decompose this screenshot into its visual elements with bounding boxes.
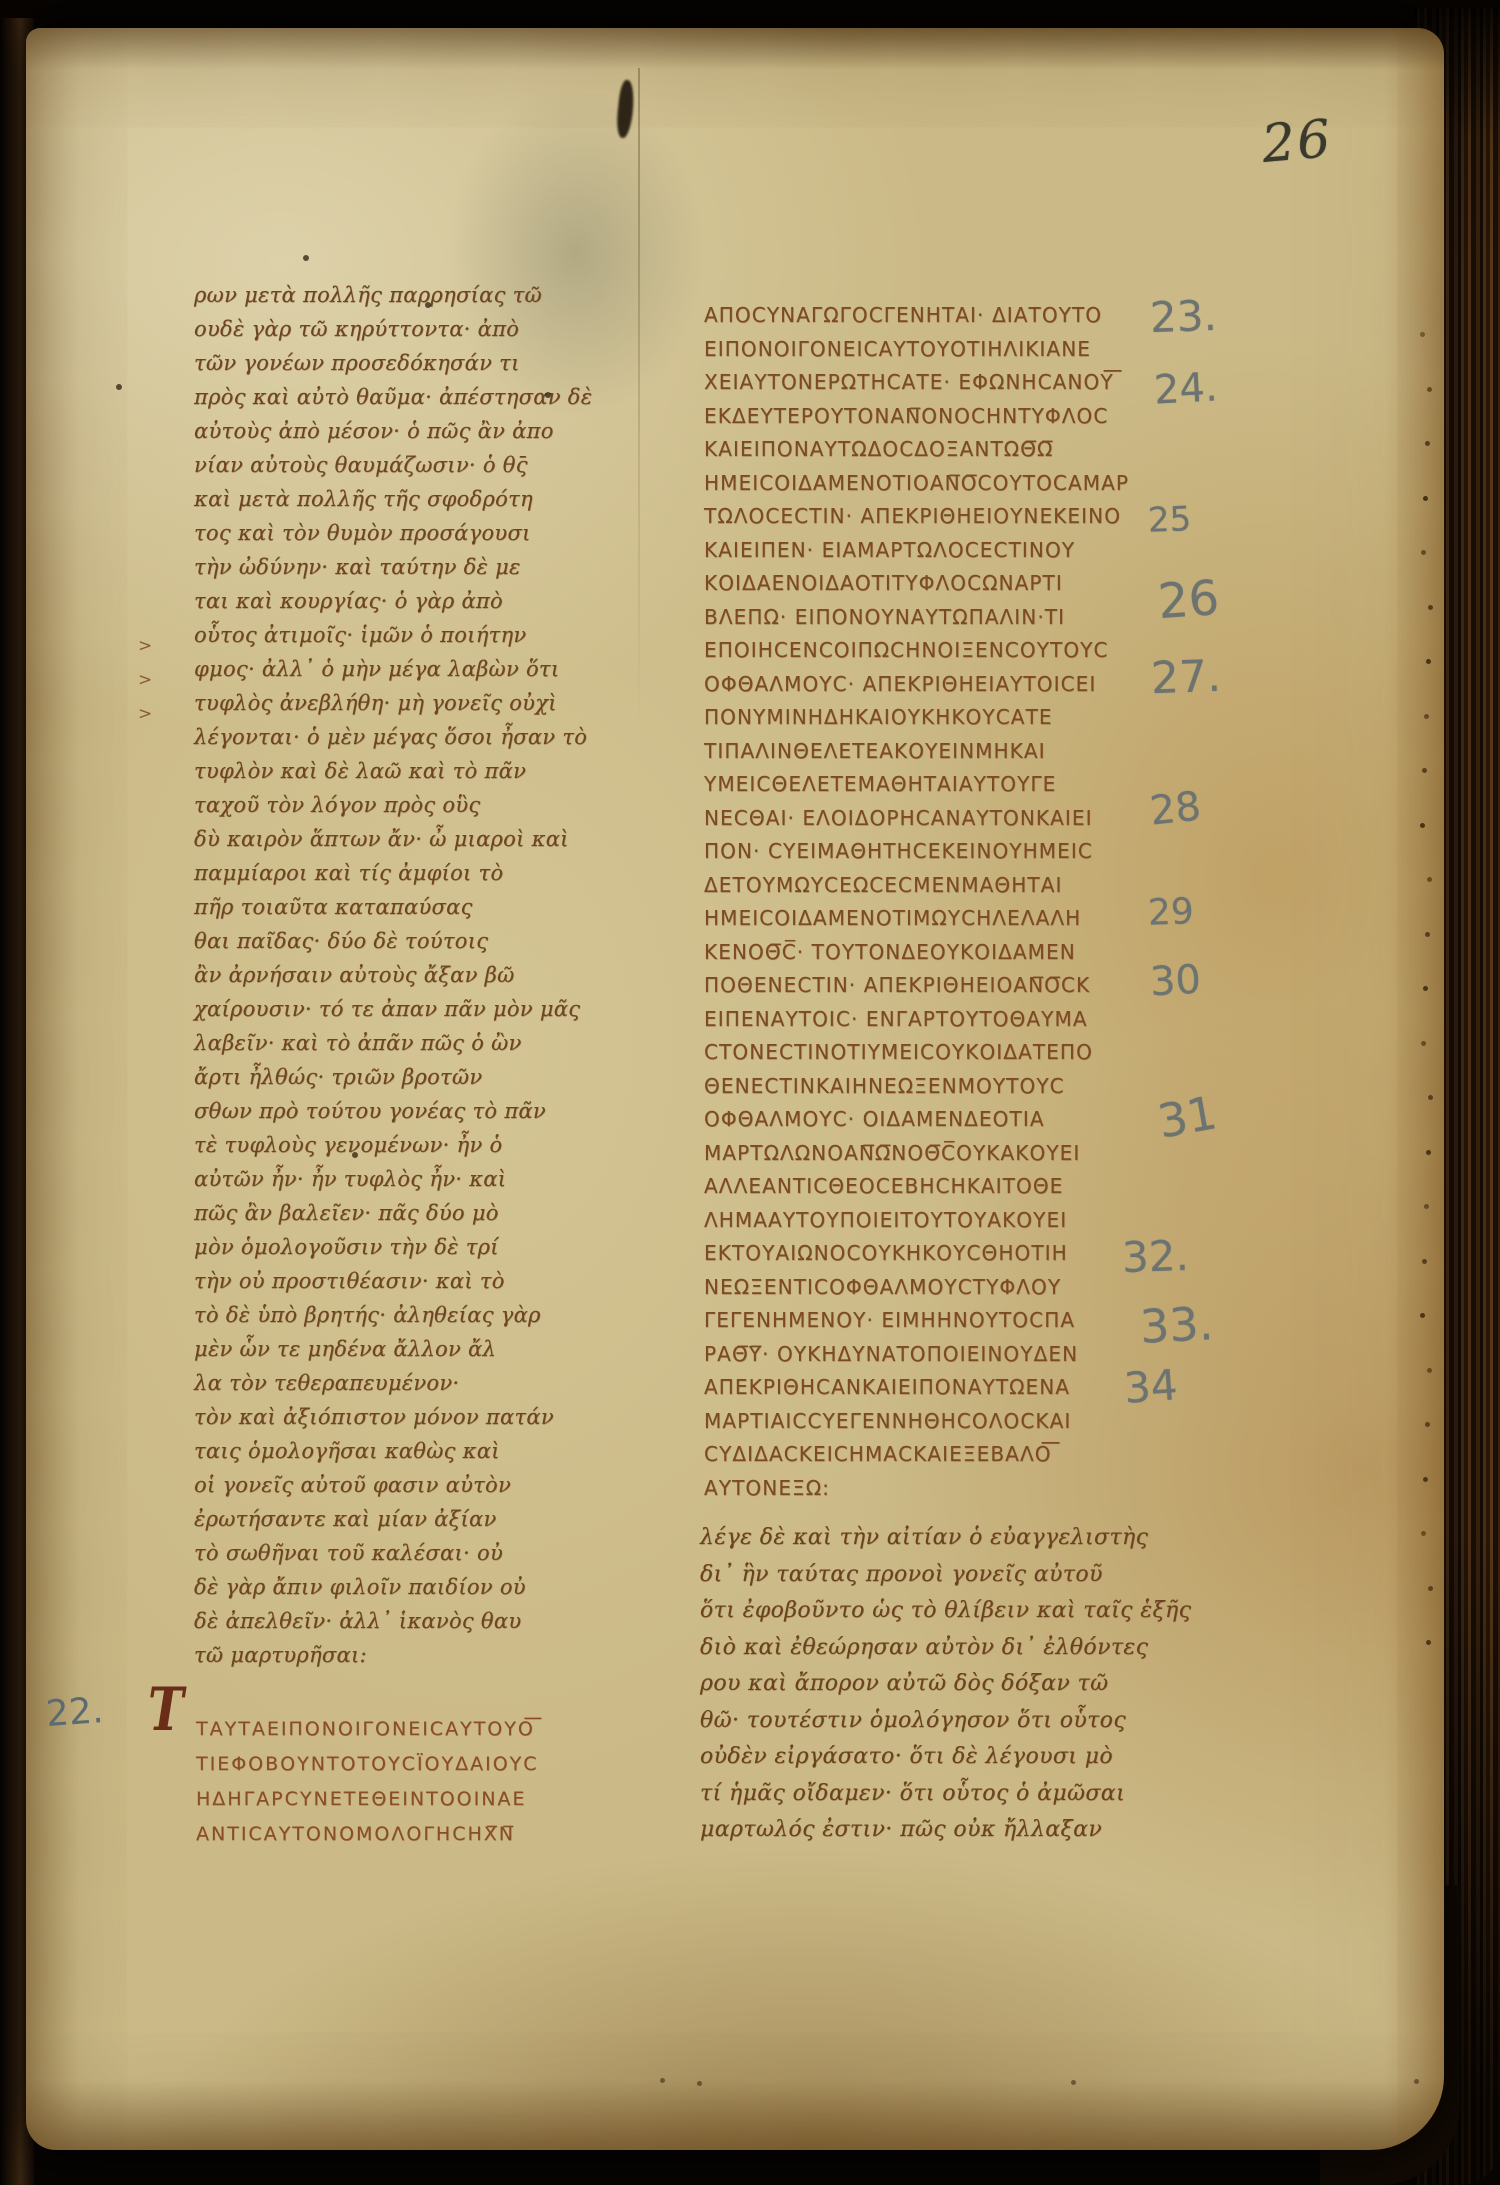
pricking-hole — [1426, 659, 1431, 664]
diple-mark: > — [138, 670, 152, 690]
text-line: τὸν καὶ ἀξιόπιστον μόνον πατάν — [194, 1400, 592, 1434]
text-line: ΤΩΛΟCΕCΤΙΝ· ΑΠΕΚΡΙΘΗΕΙΟΥΝΕΚΕΙΝΟ — [704, 500, 1129, 534]
text-line: ΔΕΤΟΥΜΩΥCΕΩCΕCΜΕΝΜΑΘΗΤΑΙ — [704, 869, 1129, 903]
text-line: ταχοῦ τὸν λόγον πρὸς οὓς — [194, 788, 592, 822]
text-line: μὸν ὁμολογοῦσιν τὴν δὲ τρί — [194, 1230, 592, 1264]
text-line: ται καὶ κουργίας· ὁ γὰρ ἀπὸ — [194, 584, 592, 618]
text-line: ἂν ἀρνήσαιν αὐτοὺς ἄξαν βῶ — [194, 958, 592, 992]
text-line: ΝΕCΘΑΙ· ΕΛΟΙΔΟΡΗCΑΝΑΥΤΟΝΚΑΙΕΙ — [704, 802, 1129, 836]
text-line: οὐδὲν εἰργάσατο· ὅτι δὲ λέγουσι μὸ — [700, 1739, 1191, 1776]
pricking-hole — [1421, 1531, 1426, 1536]
margin-verse-number: 32. — [1121, 1231, 1189, 1282]
pricking-hole — [1422, 768, 1427, 773]
text-line: ΚΕΝΟΘ̅C̅· ΤΟΥΤΟΝΔΕΟΥΚΟΙΔΑΜΕΝ — [704, 936, 1129, 970]
margin-verse-number-22: 22. — [45, 1690, 105, 1735]
text-line: δὲ γὰρ ἄπιν φιλοῖν παιδίον οὐ — [194, 1570, 592, 1604]
text-line: ΚΑΙΕΙΠΕΝ· ΕΙΑΜΑΡΤΩΛΟCΕCΤΙΝΟΥ — [704, 534, 1129, 568]
text-line: πρὸς καὶ αὐτὸ θαῦμα· ἀπέστησαν δὲ — [194, 380, 592, 414]
text-line: ΧΕΙΑΥΤΟΝΕΡΩΤΗCΑΤΕ· ΕΦΩΝΗCΑΝΟΥ͞ — [704, 366, 1129, 400]
text-line: χαίρουσιν· τό τε ἀπαν πᾶν μὸν μᾶς — [194, 992, 592, 1026]
text-line: ΑΝΤΙCΑΥΤΟΝΟΜΟΛΟΓΗCΗΧ̅Ν̅ — [196, 1817, 539, 1852]
text-line: αὐτοὺς ἀπὸ μέσον· ὁ πῶς ἂν ἀπο — [194, 414, 592, 448]
text-line: τυφλὸν καὶ δὲ λαῶ καὶ τὸ πᾶν — [194, 754, 592, 788]
pricking-hole — [1423, 986, 1428, 991]
pricking-hole — [1422, 1259, 1427, 1264]
pricking-hole — [1427, 1368, 1432, 1373]
margin-verse-number: 29 — [1147, 891, 1194, 934]
margin-verse-number: 28 — [1148, 783, 1203, 834]
text-line: ΗΔΗΓΑΡCΥΝΕΤΕΘΕΙΝΤΟΟΙΝΑΕ — [196, 1782, 539, 1817]
text-line: λέγονται· ὁ μὲν μέγας ὅσοι ἦσαν τὸ — [194, 720, 592, 754]
text-line: τῶ μαρτυρῆσαι: — [194, 1638, 592, 1672]
text-line: τὸ δὲ ὑπὸ βρητής· ἀληθείας γὰρ — [194, 1298, 592, 1332]
pricking-hole — [1421, 550, 1426, 555]
text-line: λαβεῖν· καὶ τὸ ἀπᾶν πῶς ὁ ὢν — [194, 1026, 592, 1060]
margin-verse-number: 23. — [1149, 291, 1217, 342]
text-line: πῆρ τοιαῦτα καταπαύσας — [194, 890, 592, 924]
text-line: ΕΠΟΙΗCΕΝCΟΙΠΩCΗΝΟΙΞΕΝCΟΥΤΟΥC — [704, 634, 1129, 668]
text-line: οὗτος ἀτιμοῖς· ἱμῶν ὁ ποιήτην — [194, 618, 592, 652]
text-line: ΚΟΙΔΑΕΝΟΙΔΑΟΤΙΤΥΦΛΟCΩΝΑΡΤΙ — [704, 567, 1129, 601]
pricking-hole — [1426, 1150, 1431, 1155]
pricking-hole — [1423, 496, 1428, 501]
text-line: ΕΙΠΟΝΟΙΓΟΝΕΙCΑΥΤΟΥΟΤΙΗΛΙΚΙΑΝΕ — [704, 333, 1129, 367]
text-line: ΗΜΕΙCΟΙΔΑΜΕΝΟΤΙΜΩΥCΗΛΕΛΑΛΗ — [704, 902, 1129, 936]
text-line: σθων πρὸ τούτου γονέας τὸ πᾶν — [194, 1094, 592, 1128]
text-line: ΒΛΕΠΩ· ΕΙΠΟΝΟΥΝΑΥΤΩΠΑΛΙΝ·ΤΙ — [704, 601, 1129, 635]
pricking-hole — [697, 2081, 702, 2086]
text-line: ρων μετὰ πολλῆς παρρησίας τῶ — [194, 278, 592, 312]
text-line: ΑΛΛΕΑΝΤΙCΘΕΟCΕΒΗCΗΚΑΙΤΟΘΕ — [704, 1170, 1129, 1204]
diple-mark: > — [138, 704, 152, 724]
text-line: CΥΔΙΔΑCΚΕΙCΗΜΑCΚΑΙΕΞΕΒΑΛΟ͞ — [704, 1438, 1129, 1472]
pricking-hole — [1428, 605, 1433, 610]
text-line: τὴν ὠδύνην· καὶ ταύτην δὲ με — [194, 550, 592, 584]
text-line: θῶ· τουτέστιν ὁμολόγησον ὅτι οὗτος — [700, 1703, 1191, 1740]
pricking-hole — [1425, 932, 1430, 937]
text-line: διὸ καὶ ἐθεώρησαν αὐτὸν δι᾽ ἐλθόντες — [700, 1630, 1191, 1667]
text-line: ΠΟΝ· CΥΕΙΜΑΘΗΤΗCΕΚΕΙΝΟΥΗΜΕΙC — [704, 835, 1129, 869]
text-line: ΓΕΓΕΝΗΜΕΝΟΥ· ΕΙΜΗΗΝΟΥΤΟCΠΑ — [704, 1304, 1129, 1338]
ink-speck — [425, 302, 431, 308]
manuscript-photo: 26 22. T ρων μετὰ πολλῆς παρρησίας τῶουδ… — [0, 0, 1500, 2185]
ink-speck — [352, 1152, 358, 1158]
right-column-gospel-text: ΑΠΟCΥΝΑΓΩΓΟCΓΕΝΗΤΑΙ· ΔΙΑΤΟΥΤΟΕΙΠΟΝΟΙΓΟΝΕ… — [704, 299, 1129, 1505]
text-line: καὶ μετὰ πολλῆς τῆς σφοδρότη — [194, 482, 592, 516]
text-line: νίαν αὐτοὺς θαυμάζωσιν· ὁ θς̄ — [194, 448, 592, 482]
text-line: αὐτῶν ἦν· ἦν τυφλὸς ἦν· καὶ — [194, 1162, 592, 1196]
text-line: ΜΑΡΤΩΛΩΝΟΑΝ̅Ω̅ΝΟΘ̅C̅ΟΥΚΑΚΟΥΕΙ — [704, 1137, 1129, 1171]
text-line: λέγε δὲ καὶ τὴν αἰτίαν ὁ εὐαγγελιστὴς — [700, 1520, 1191, 1557]
pricking-hole — [1423, 1477, 1428, 1482]
left-column-gospel-text: ΤΑΥΤΑΕΙΠΟΝΟΙΓΟΝΕΙCΑΥΤΟΥΟ͞ΤΙΕΦΟΒΟΥΝΤΟΤΟΥC… — [196, 1712, 539, 1852]
margin-verse-number: 26 — [1156, 570, 1221, 630]
text-line: CΤΟΝΕCΤΙΝΟΤΙΥΜΕΙCΟΥΚΟΙΔΑΤΕΠΟ — [704, 1036, 1129, 1070]
text-line: ἐρωτήσαντε καὶ μίαν ἀξίαν — [194, 1502, 592, 1536]
text-line: τὸ σωθῆναι τοῦ καλέσαι· οὐ — [194, 1536, 592, 1570]
pricking-hole — [1425, 1422, 1430, 1427]
text-line: ΗΜΕΙCΟΙΔΑΜΕΝΟΤΙΟΑΝ̅Ο̅CΟΥΤΟCΑΜΑΡ — [704, 467, 1129, 501]
pricking-hole — [1425, 441, 1430, 446]
text-line: ΚΑΙΕΙΠΟΝΑΥΤΩΔΟCΔΟΞΑΝΤΩΘ̅Ω̅ — [704, 433, 1129, 467]
diple-mark: > — [138, 636, 152, 656]
text-line: ΜΑΡΤΙΑΙCCΥΕΓΕΝΝΗΘΗCΟΛΟCΚΑΙ — [704, 1405, 1129, 1439]
right-column-commentary: λέγε δὲ καὶ τὴν αἰτίαν ὁ εὐαγγελιστὴςδι᾽… — [700, 1520, 1191, 1849]
text-line: ΛΗΜΑΑΥΤΟΥΠΟΙΕΙΤΟΥΤΟΥΑΚΟΥΕΙ — [704, 1204, 1129, 1238]
text-line: ΕΚΤΟΥΑΙΩΝΟCΟΥΚΗΚΟΥCΘΗΟΤΙΗ — [704, 1237, 1129, 1271]
ink-speck — [545, 392, 551, 398]
pricking-hole — [1071, 2080, 1076, 2085]
text-line: δὲ ἀπελθεῖν· ἀλλ᾽ ἱκανὸς θαυ — [194, 1604, 592, 1638]
text-line: ΕΙΠΕΝΑΥΤΟΙC· ΕΝΓΑΡΤΟΥΤΟΘΑΥΜΑ — [704, 1003, 1129, 1037]
text-line: φμος· ἀλλ᾽ ὁ μὴν μέγα λαβὼν ὅτι — [194, 652, 592, 686]
text-line: ΑΥΤΟΝΕΞΩ: — [704, 1472, 1129, 1506]
text-line: δὺ καιρὸν ἅπτων ἄν· ὦ μιαροὶ καὶ — [194, 822, 592, 856]
text-line: θαι παῖδας· δύο δὲ τούτοις — [194, 924, 592, 958]
margin-verse-number: 25 — [1147, 499, 1192, 540]
margin-verse-number: 30 — [1149, 957, 1202, 1006]
left-column-commentary: ρων μετὰ πολλῆς παρρησίας τῶουδὲ γὰρ τῶ … — [194, 278, 592, 1672]
text-line: ΟΦΘΑΛΜΟΥC· ΟΙΔΑΜΕΝΔΕΟΤΙΑ — [704, 1103, 1129, 1137]
margin-verse-number: 33. — [1139, 1296, 1215, 1354]
pricking-hole — [1414, 2079, 1419, 2084]
text-line: ΠΟΘΕΝΕCΤΙΝ· ΑΠΕΚΡΙΘΗΕΙΟΑΝ̅Ο̅CΚ — [704, 969, 1129, 1003]
text-line: ταις ὁμολογῆσαι καθὼς καὶ — [194, 1434, 592, 1468]
ink-speck — [303, 255, 309, 261]
text-line: τος καὶ τὸν θυμὸν προσάγουσι — [194, 516, 592, 550]
pricking-hole — [1426, 1640, 1431, 1645]
parchment-crease — [638, 68, 640, 728]
text-line: ΘΕΝΕCΤΙΝΚΑΙΗΝΕΩΞΕΝΜΟΥΤΟΥC — [704, 1070, 1129, 1104]
text-line: ἄρτι ἦλθώς· τριῶν βροτῶν — [194, 1060, 592, 1094]
text-line: οἱ γονεῖς αὐτοῦ φασιν αὐτὸν — [194, 1468, 592, 1502]
text-line: μαρτωλός ἐστιν· πῶς οὐκ ἤλλαξαν — [700, 1812, 1191, 1849]
pricking-hole — [1427, 877, 1432, 882]
pricking-hole — [1420, 1313, 1425, 1318]
text-line: πῶς ἂν βαλεῖεν· πᾶς δύο μὸ — [194, 1196, 592, 1230]
text-line: ΟΦΘΑΛΜΟΥC· ΑΠΕΚΡΙΘΗΕΙΑΥΤΟΙCΕΙ — [704, 668, 1129, 702]
text-line: τί ἡμᾶς οἴδαμεν· ὅτι οὗτος ὁ ἀμῶσαι — [700, 1776, 1191, 1813]
text-line: ΑΠΕΚΡΙΘΗCΑΝΚΑΙΕΙΠΟΝΑΥΤΩΕΝΑ — [704, 1371, 1129, 1405]
pricking-hole — [1420, 332, 1425, 337]
text-line: δι᾽ ἣν ταύτας προνοὶ γονεῖς αὐτοῦ — [700, 1557, 1191, 1594]
text-line: τῶν γονέων προσεδόκησάν τι — [194, 346, 592, 380]
text-line: τυφλὸς ἀνεβλήθη· μὴ γονεῖς οὐχὶ — [194, 686, 592, 720]
margin-verse-number: 27. — [1150, 651, 1222, 704]
text-line: μὲν ὧν τε μηδένα ἄλλον ἄλ — [194, 1332, 592, 1366]
text-line: ΑΠΟCΥΝΑΓΩΓΟCΓΕΝΗΤΑΙ· ΔΙΑΤΟΥΤΟ — [704, 299, 1129, 333]
text-line: ουδὲ γὰρ τῶ κηρύττοντα· ἀπὸ — [194, 312, 592, 346]
text-line: ὅτι ἐφοβοῦντο ὡς τὸ θλίβειν καὶ ταῖς ἑξῆ… — [700, 1593, 1191, 1630]
text-line: ρου καὶ ἄπορον αὐτῶ δὸς δόξαν τῶ — [700, 1666, 1191, 1703]
pricking-hole — [1421, 1041, 1426, 1046]
paragraph-mark: T — [148, 1675, 184, 1745]
pricking-hole — [1428, 1095, 1433, 1100]
pricking-hole — [1428, 1586, 1433, 1591]
text-line: ΤΙΠΑΛΙΝΘΕΛΕΤΕΑΚΟΥΕΙΝΜΗΚΑΙ — [704, 735, 1129, 769]
text-line: ΠΟΝΥΜΙΝΗΔΗΚΑΙΟΥΚΗΚΟΥCΑΤΕ — [704, 701, 1129, 735]
pricking-hole — [660, 2078, 665, 2083]
pricking-hole — [1420, 823, 1425, 828]
text-line: ΡΑΘ̅Υ̅· ΟΥΚΗΔΥΝΑΤΟΠΟΙΕΙΝΟΥΔΕΝ — [704, 1338, 1129, 1372]
ink-speck — [116, 384, 122, 390]
pricking-hole — [1427, 387, 1432, 392]
margin-verse-number: 34 — [1122, 1360, 1179, 1413]
text-line: ΝΕΩΞΕΝΤΙCΟΦΘΑΛΜΟΥCΤΥΦΛΟΥ — [704, 1271, 1129, 1305]
text-line: ΥΜΕΙCΘΕΛΕΤΕΜΑΘΗΤΑΙΑΥΤΟΥΓΕ — [704, 768, 1129, 802]
text-line: ΤΑΥΤΑΕΙΠΟΝΟΙΓΟΝΕΙCΑΥΤΟΥΟ͞ — [196, 1712, 539, 1747]
text-line: ΕΚΔΕΥΤΕΡΟΥΤΟΝΑΝ̅ΟΝΟCΗΝΤΥΦΛΟC — [704, 400, 1129, 434]
margin-verse-number: 31 — [1154, 1085, 1221, 1148]
text-line: λα τὸν τεθεραπευμένον· — [194, 1366, 592, 1400]
text-line: τὴν οὐ προστιθέασιν· καὶ τὸ — [194, 1264, 592, 1298]
pricking-hole — [1424, 714, 1429, 719]
text-line: τὲ τυφλοὺς γενομένων· ἦν ὁ — [194, 1128, 592, 1162]
margin-verse-number: 24. — [1153, 364, 1219, 413]
text-line: ΤΙΕΦΟΒΟΥΝΤΟΤΟΥCΪΟΥΔΑΙΟΥC — [196, 1747, 539, 1782]
folio-number: 26 — [1260, 109, 1335, 175]
text-line: παμμίαροι καὶ τίς ἀμφίοι τὸ — [194, 856, 592, 890]
pricking-hole — [1424, 1204, 1429, 1209]
